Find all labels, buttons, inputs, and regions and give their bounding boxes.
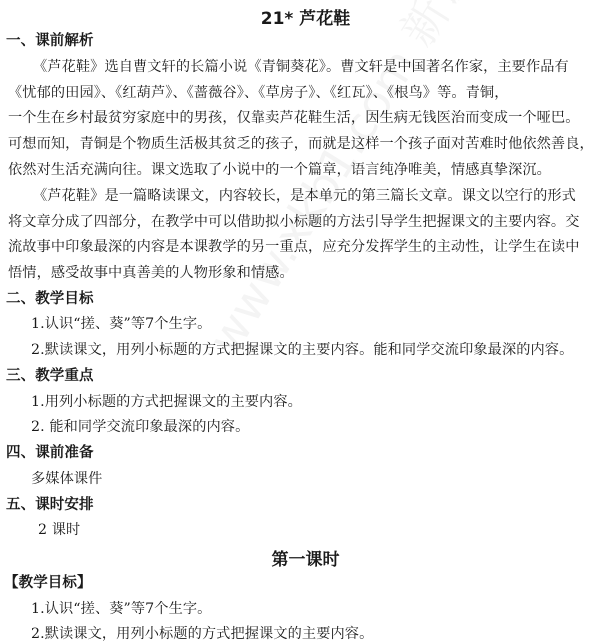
paragraph-line: 一个生在乡村最贫穷家庭中的男孩，仅靠卖芦花鞋生活，因生病无钱医治而变成一个哑巴。	[8, 108, 580, 128]
paragraph-line: 悟情，感受故事中真善美的人物形象和情感。	[8, 263, 294, 283]
section-heading-key-points: 三、教学重点	[6, 366, 94, 386]
paragraph-line: 《忧郁的田园》、《红葫芦》、《蔷薇谷》、《草房子》、《红瓦》、《根鸟》等。青铜，	[8, 83, 509, 103]
document-page: www.xkb1.com 新课标第一网 21* 芦花鞋 一、课前解析 《芦花鞋》…	[0, 0, 611, 644]
paragraph-line: 将文章分成了四部分，在教学中可以借助拟小标题的方法引导学生把握课文的主要内容。交	[8, 212, 580, 232]
paragraph-line: 依然对生活充满向往。课文选取了小说中的一个篇章，语言纯净唯美，情感真挚深沉。	[8, 160, 551, 180]
list-item: 2.默读课文，用列小标题的方式把握课文的主要内容。	[31, 624, 373, 644]
list-item: 1.用列小标题的方式把握课文的主要内容。	[31, 392, 302, 412]
paragraph-line: 《芦花鞋》是一篇略读课文，内容较长，是本单元的第三篇长文章。课文以空行的形式	[33, 186, 576, 206]
list-item: 1.认识“搓、葵”等7个生字。	[31, 599, 211, 619]
section-heading-schedule: 五、课时安排	[6, 495, 94, 515]
section-heading-preparation: 四、课前准备	[6, 443, 94, 463]
lesson-title: 第一课时	[0, 545, 611, 570]
list-item: 2.默读课文，用列小标题的方式把握课文的主要内容。能和同学交流印象最深的内容。	[31, 340, 573, 360]
list-item: 1.认识“搓、葵”等7个生字。	[31, 314, 211, 334]
list-item: 多媒体课件	[31, 469, 102, 489]
watermark: www.xkb1.com 新课标第一网	[190, 0, 585, 365]
paragraph-line: 流故事中印象最深的内容是本课教学的另一重点，应充分发挥学生的主动性，让学生在读中	[8, 237, 580, 257]
lesson-goals-heading: 【教学目标】	[4, 573, 92, 593]
paragraph-line: 可想而知，青铜是个物质生活极其贫乏的孩子，而就是这样一个孩子面对苦难时他依然善良…	[8, 134, 594, 154]
paragraph-line: 《芦花鞋》选自曹文轩的长篇小说《青铜葵花》。曹文轩是中国著名作家，主要作品有	[33, 57, 569, 77]
document-title: 21* 芦花鞋	[0, 4, 611, 29]
list-item: 2 课时	[38, 520, 80, 540]
section-heading-teaching-goals: 二、教学目标	[6, 289, 94, 309]
list-item: 2. 能和同学交流印象最深的内容。	[31, 417, 249, 437]
section-heading-pre-analysis: 一、课前解析	[6, 31, 94, 51]
